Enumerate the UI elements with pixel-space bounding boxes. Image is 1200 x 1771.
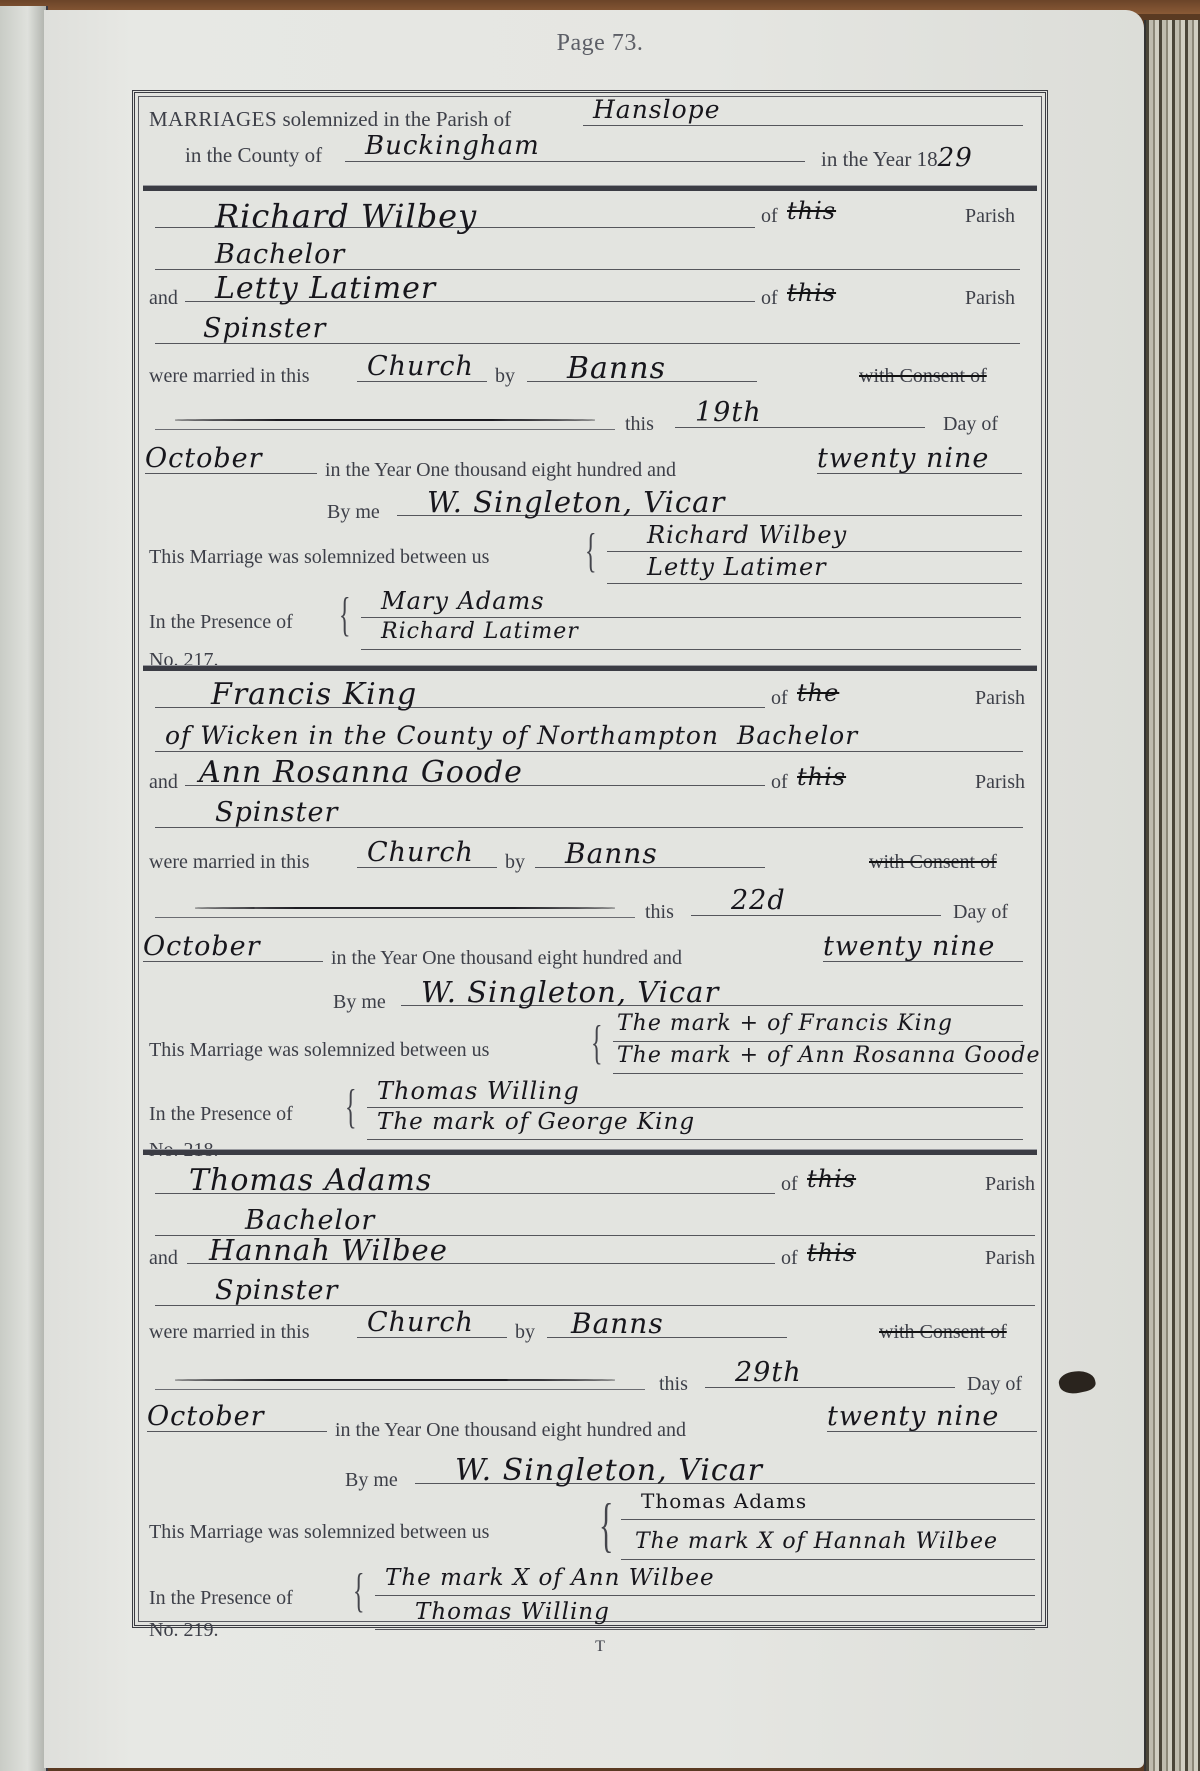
parish-label: Parish <box>985 1247 1035 1270</box>
struck-blank <box>175 1379 615 1381</box>
header-parish-label: solemnized in the Parish of <box>282 107 511 131</box>
year-words-field: twenty nine <box>817 443 1022 474</box>
month-field: October <box>145 443 317 474</box>
method-field: Banns <box>527 351 757 382</box>
brace: { <box>345 1083 357 1131</box>
married-in-label: were married in this <box>149 365 310 388</box>
bride-parish: this <box>797 763 846 791</box>
county-field: Buckingham <box>345 131 805 162</box>
signature-field: Thomas Adams <box>621 1489 1035 1520</box>
groom-condition: Bachelor <box>245 1205 375 1236</box>
solemnized-between-label: This Marriage was solemnized between us <box>149 1039 489 1062</box>
year-suffix: 29 <box>938 143 973 173</box>
place-field: Church <box>357 351 487 382</box>
month-field: October <box>143 931 323 962</box>
marriage-entry-218: Francis King of the Parish of Wicken in … <box>135 671 1045 1151</box>
solemnized-between-label: This Marriage was solemnized between us <box>149 546 489 569</box>
groom-field: Thomas Adams <box>155 1163 775 1194</box>
groom-condition: Bachelor <box>737 721 858 750</box>
signature-mark: T <box>0 1638 1200 1656</box>
place-value: Church <box>367 1307 474 1338</box>
by-me-label: By me <box>327 501 380 524</box>
year-words-value: twenty nine <box>817 443 989 474</box>
parish-label: Parish <box>985 1173 1035 1196</box>
signature-field: Richard Wilbey <box>607 521 1022 552</box>
witness-1: Thomas Willing <box>377 1077 580 1105</box>
by-label: by <box>515 1321 535 1344</box>
this-label: this <box>625 413 654 436</box>
year-words-value: twenty nine <box>823 931 995 962</box>
witness-field: The mark X of Ann Wilbee <box>375 1565 1035 1596</box>
bride-condition-field: Spinster <box>155 313 1020 344</box>
header-line-1: MARRIAGES solemnized in the Parish of <box>149 107 511 132</box>
groom-condition-field: Bachelor <box>155 1205 1035 1236</box>
witness-2: The mark of George King <box>377 1109 695 1135</box>
brace: { <box>585 527 597 575</box>
officiant-field: W. Singleton, Vicar <box>401 975 1023 1006</box>
month-field: October <box>147 1401 327 1432</box>
day-of-label: Day of <box>953 901 1008 924</box>
day-value: 22d <box>731 885 786 916</box>
signature-field: Letty Latimer <box>607 553 1022 584</box>
marriage-entry-217: Richard Wilbey of this Parish Bachelor a… <box>135 191 1045 666</box>
day-of-label: Day of <box>943 413 998 436</box>
register-header: MARRIAGES solemnized in the Parish of Ha… <box>135 93 1045 189</box>
and-label: and <box>149 771 178 794</box>
page-stack-edges <box>1144 20 1200 1771</box>
parish-label: Parish <box>975 687 1025 710</box>
presence-of-label: In the Presence of <box>149 611 293 634</box>
parish-field: Hanslope <box>583 95 1023 126</box>
of-label: of <box>781 1173 798 1196</box>
brace: { <box>353 1567 365 1615</box>
method-field: Banns <box>535 837 765 868</box>
bride-condition-field: Spinster <box>155 797 1023 828</box>
day-field: 19th <box>675 397 925 428</box>
with-consent-label: with Consent of <box>879 1321 1007 1344</box>
year-phrase-label: in the Year One thousand eight hundred a… <box>325 459 676 482</box>
parish-label: Parish <box>965 287 1015 310</box>
signature-field: The mark X of Hannah Wilbee <box>621 1529 1035 1560</box>
year-phrase-label: in the Year One thousand eight hundred a… <box>331 947 682 970</box>
header-year-label: in the Year 1829 <box>821 143 973 173</box>
year-prefix: in the Year 18 <box>821 147 938 171</box>
witness-field: Mary Adams <box>361 587 1021 618</box>
day-value: 29th <box>735 1357 802 1388</box>
groom-extra: of Wicken in the County of Northampton <box>165 721 719 750</box>
of-label: of <box>771 687 788 710</box>
and-label: and <box>149 287 178 310</box>
page-number: Page 73. <box>0 30 1200 57</box>
groom-name: Richard Wilbey <box>215 197 477 235</box>
bride-field: Hannah Wilbee <box>187 1233 775 1264</box>
of-label: of <box>761 205 778 228</box>
witness-1: Mary Adams <box>381 587 545 615</box>
blank-line <box>155 429 615 430</box>
groom-parish: this <box>787 197 836 225</box>
of-label: of <box>771 771 788 794</box>
this-label: this <box>645 901 674 924</box>
day-of-label: Day of <box>967 1373 1022 1396</box>
groom-parish: this <box>807 1165 856 1193</box>
officiant-value: W. Singleton, Vicar <box>421 975 719 1009</box>
marriage-entry-219: Thomas Adams of this Parish Bachelor and… <box>135 1155 1045 1625</box>
officiant-value: W. Singleton, Vicar <box>427 485 725 519</box>
officiant-field: W. Singleton, Vicar <box>397 485 1022 516</box>
method-value: Banns <box>565 837 658 870</box>
bride-condition: Spinster <box>203 313 326 344</box>
header-prefix: MARRIAGES <box>149 107 277 131</box>
by-label: by <box>495 365 515 388</box>
year-words-field: twenty nine <box>827 1401 1037 1432</box>
year-words-field: twenty nine <box>823 931 1023 962</box>
brace: { <box>599 1495 613 1555</box>
married-in-label: were married in this <box>149 851 310 874</box>
month-value: October <box>145 443 263 474</box>
signature-2: Letty Latimer <box>647 553 827 581</box>
day-field: 29th <box>705 1357 955 1388</box>
groom-field: Francis King <box>155 677 765 708</box>
with-consent-label: with Consent of <box>869 851 997 874</box>
of-label: of <box>761 287 778 310</box>
bride-name: Ann Rosanna Goode <box>199 755 523 790</box>
facing-page-edge <box>0 6 48 1771</box>
signature-field: The mark + of Francis King <box>613 1011 1023 1042</box>
and-label: and <box>149 1247 178 1270</box>
place-value: Church <box>367 351 474 382</box>
officiant-field: W. Singleton, Vicar <box>415 1453 1035 1484</box>
struck-blank <box>195 907 615 909</box>
witness-2: Thomas Willing <box>415 1599 610 1625</box>
signature-1: Richard Wilbey <box>647 521 847 549</box>
this-label: this <box>659 1373 688 1396</box>
bride-condition: Spinster <box>215 797 338 828</box>
witness-2: Richard Latimer <box>381 619 579 644</box>
groom-field: Richard Wilbey <box>155 197 755 228</box>
year-words-value: twenty nine <box>827 1401 999 1432</box>
witness-field: Richard Latimer <box>361 619 1021 650</box>
signature-1: Thomas Adams <box>641 1489 807 1513</box>
struck-blank <box>175 419 595 421</box>
by-me-label: By me <box>345 1469 398 1492</box>
bride-field: Letty Latimer <box>185 271 755 302</box>
solemnized-between-label: This Marriage was solemnized between us <box>149 1521 489 1544</box>
brace: { <box>591 1019 603 1067</box>
day-value: 19th <box>695 397 762 428</box>
register-frame: MARRIAGES solemnized in the Parish of Ha… <box>132 90 1048 1628</box>
of-label: of <box>781 1247 798 1270</box>
parish-label: Parish <box>965 205 1015 228</box>
blank-line <box>155 1389 645 1390</box>
married-in-label: were married in this <box>149 1321 310 1344</box>
month-value: October <box>147 1401 265 1432</box>
groom-parish: the <box>797 679 839 707</box>
day-field: 22d <box>691 885 941 916</box>
groom-name: Thomas Adams <box>189 1163 432 1198</box>
signature-field: The mark + of Ann Rosanna Goode <box>613 1043 1023 1074</box>
signature-2: The mark X of Hannah Wilbee <box>635 1529 998 1554</box>
witness-field: The mark of George King <box>367 1109 1023 1140</box>
bride-condition: Spinster <box>215 1275 338 1306</box>
officiant-value: W. Singleton, Vicar <box>455 1453 763 1488</box>
witness-1: The mark X of Ann Wilbee <box>385 1565 715 1591</box>
presence-of-label: In the Presence of <box>149 1587 293 1610</box>
brace: { <box>339 591 351 639</box>
presence-of-label: In the Presence of <box>149 1103 293 1126</box>
signature-2: The mark + of Ann Rosanna Goode <box>617 1043 1041 1068</box>
groom-condition-field: of Wicken in the County of Northampton B… <box>155 721 1023 752</box>
witness-field: Thomas Willing <box>367 1077 1023 1108</box>
groom-condition-field: Bachelor <box>155 239 1020 270</box>
by-me-label: By me <box>333 991 386 1014</box>
bride-name: Hannah Wilbee <box>209 1233 448 1267</box>
bride-parish: this <box>807 1239 856 1267</box>
month-value: October <box>143 931 261 962</box>
witness-field: Thomas Willing <box>375 1599 1035 1630</box>
bride-parish: this <box>787 279 836 307</box>
header-county-label: in the County of <box>185 143 322 168</box>
signature-1: The mark + of Francis King <box>617 1011 953 1036</box>
groom-name: Francis King <box>211 677 417 712</box>
method-field: Banns <box>547 1307 787 1338</box>
bride-field: Ann Rosanna Goode <box>185 755 765 786</box>
county-value: Buckingham <box>365 131 540 161</box>
year-phrase-label: in the Year One thousand eight hundred a… <box>335 1419 686 1442</box>
groom-condition: Bachelor <box>215 239 345 270</box>
blank-line <box>155 917 635 918</box>
place-field: Church <box>357 837 497 868</box>
parish-value: Hanslope <box>593 95 720 124</box>
bride-condition-field: Spinster <box>155 1275 1035 1306</box>
bride-name: Letty Latimer <box>215 271 436 306</box>
by-label: by <box>505 851 525 874</box>
parish-label: Parish <box>975 771 1025 794</box>
place-value: Church <box>367 837 474 868</box>
place-field: Church <box>357 1307 507 1338</box>
with-consent-label: with Consent of <box>859 365 987 388</box>
method-value: Banns <box>567 351 666 386</box>
method-value: Banns <box>571 1307 664 1340</box>
